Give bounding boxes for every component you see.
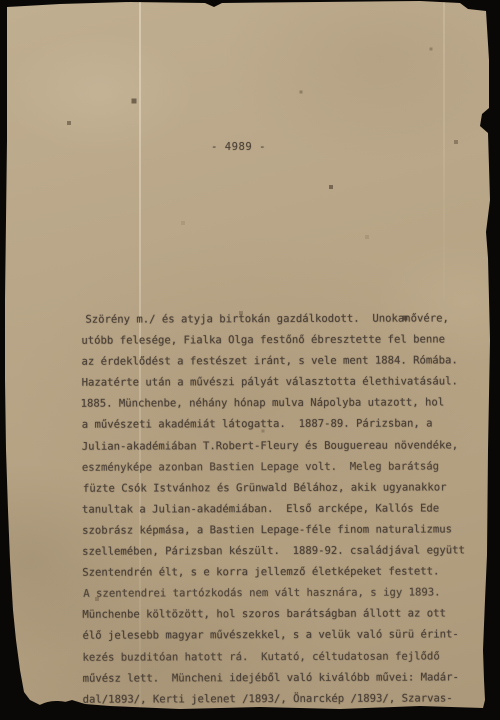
text-line: Szentendrén élt, s e korra jellemző élet… <box>82 561 482 583</box>
page-number: - 4989 - <box>211 141 266 153</box>
text-line: kezés buzditóan hatott rá. Kutató, céltu… <box>82 646 482 668</box>
text-line: szobrász képmása, a Bastien Lepage-féle … <box>82 519 482 541</box>
text-line: 1885. Münchenbe, néhány hónap mulva Nápo… <box>81 393 482 415</box>
text-line: eszményképe azonban Bastien Lepage volt.… <box>82 456 482 478</box>
typewritten-text-block: Szörény m./ és atyja birtokán gazdálkodo… <box>81 308 482 710</box>
text-line: Münchenbe költözött, hol szoros barátság… <box>82 604 482 626</box>
text-line: művész lett. Müncheni idejéből való kivá… <box>83 667 483 689</box>
text-line: a művészeti akadémiát látogatta. 1887-89… <box>82 414 482 436</box>
paper-specks <box>0 0 2 2</box>
text-line: az érdeklődést a festészet iránt, s vele… <box>81 350 481 372</box>
paper-crease-line-right <box>443 0 445 300</box>
text-line: utóbb felesége, Fialka Olga festőnő ébre… <box>81 329 481 351</box>
ink-blob <box>34 701 76 720</box>
text-line: Szörény m./ és atyja birtokán gazdálkodo… <box>85 308 481 330</box>
text-line: tanultak a Julian-akadémiában. Első arck… <box>82 498 482 520</box>
text-line: füzte Csók Istvánhoz és Grünwald Bélához… <box>83 477 482 499</box>
text-line: szellemében, Párizsban készült. 1889-92.… <box>82 540 482 562</box>
text-line: dal/1893/, Kerti jelenet /1893/, Önarcké… <box>83 688 483 710</box>
paper-sheet: - 4989 - Szörény m./ és atyja birtokán g… <box>0 0 500 720</box>
scanned-document: - 4989 - Szörény m./ és atyja birtokán g… <box>0 0 500 720</box>
text-line: élő jelesebb magyar művészekkel, s a vel… <box>82 625 482 647</box>
text-line: Julian-akadémiában T.Robert-Fleury és Bo… <box>82 435 482 457</box>
text-line: Hazatérte után a művészi pályát választo… <box>82 372 482 394</box>
text-line: A szentendrei tartózkodás nem vált haszn… <box>83 583 482 605</box>
